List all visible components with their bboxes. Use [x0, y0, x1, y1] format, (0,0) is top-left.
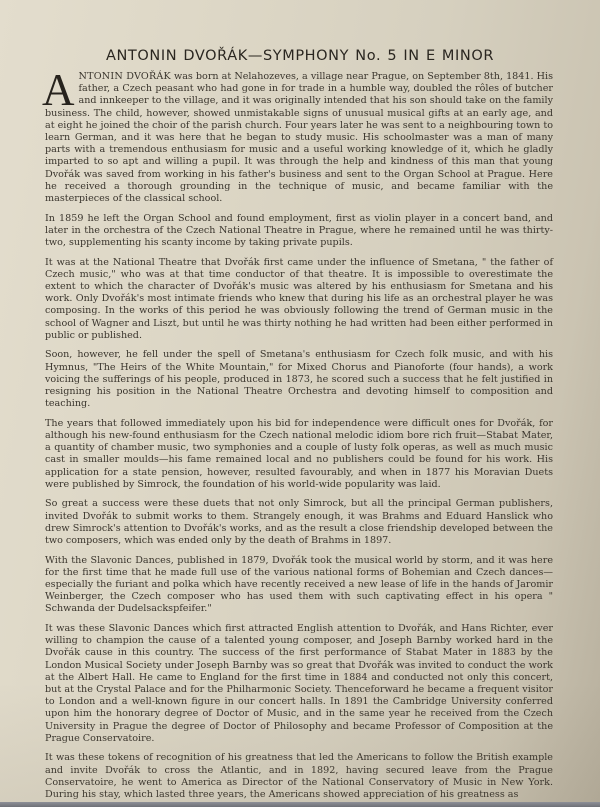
- paragraph-5: The years that followed immediately upon…: [45, 418, 553, 491]
- paragraph-7: With the Slavonic Dances, published in 1…: [45, 555, 553, 616]
- paragraph-3: It was at the National Theatre that Dvoř…: [45, 257, 553, 342]
- article-body: ANTONIN DVOŘÁK was born at Nelahozeves, …: [45, 71, 553, 802]
- paragraph-6: So great a success were these duets that…: [45, 498, 553, 547]
- background-surface: [0, 802, 600, 807]
- page-title: ANTONIN DVOŘÁK—SYMPHONY No. 5 IN E MINOR: [0, 48, 600, 64]
- drop-cap: A: [42, 73, 75, 107]
- paragraph-9: It was these tokens of recognition of hi…: [45, 752, 553, 801]
- paragraph-1: ANTONIN DVOŘÁK was born at Nelahozeves, …: [45, 71, 553, 205]
- lead-text: NTONIN DVOŘÁK: [79, 71, 171, 82]
- paragraph-8: It was these Slavonic Dances which first…: [45, 623, 553, 745]
- paragraph-4: Soon, however, he fell under the spell o…: [45, 349, 553, 410]
- printed-page: ANTONIN DVOŘÁK—SYMPHONY No. 5 IN E MINOR…: [0, 0, 600, 802]
- paragraph-text: was born at Nelahozeves, a village near …: [45, 71, 553, 204]
- paragraph-2: In 1859 he left the Organ School and fou…: [45, 213, 553, 250]
